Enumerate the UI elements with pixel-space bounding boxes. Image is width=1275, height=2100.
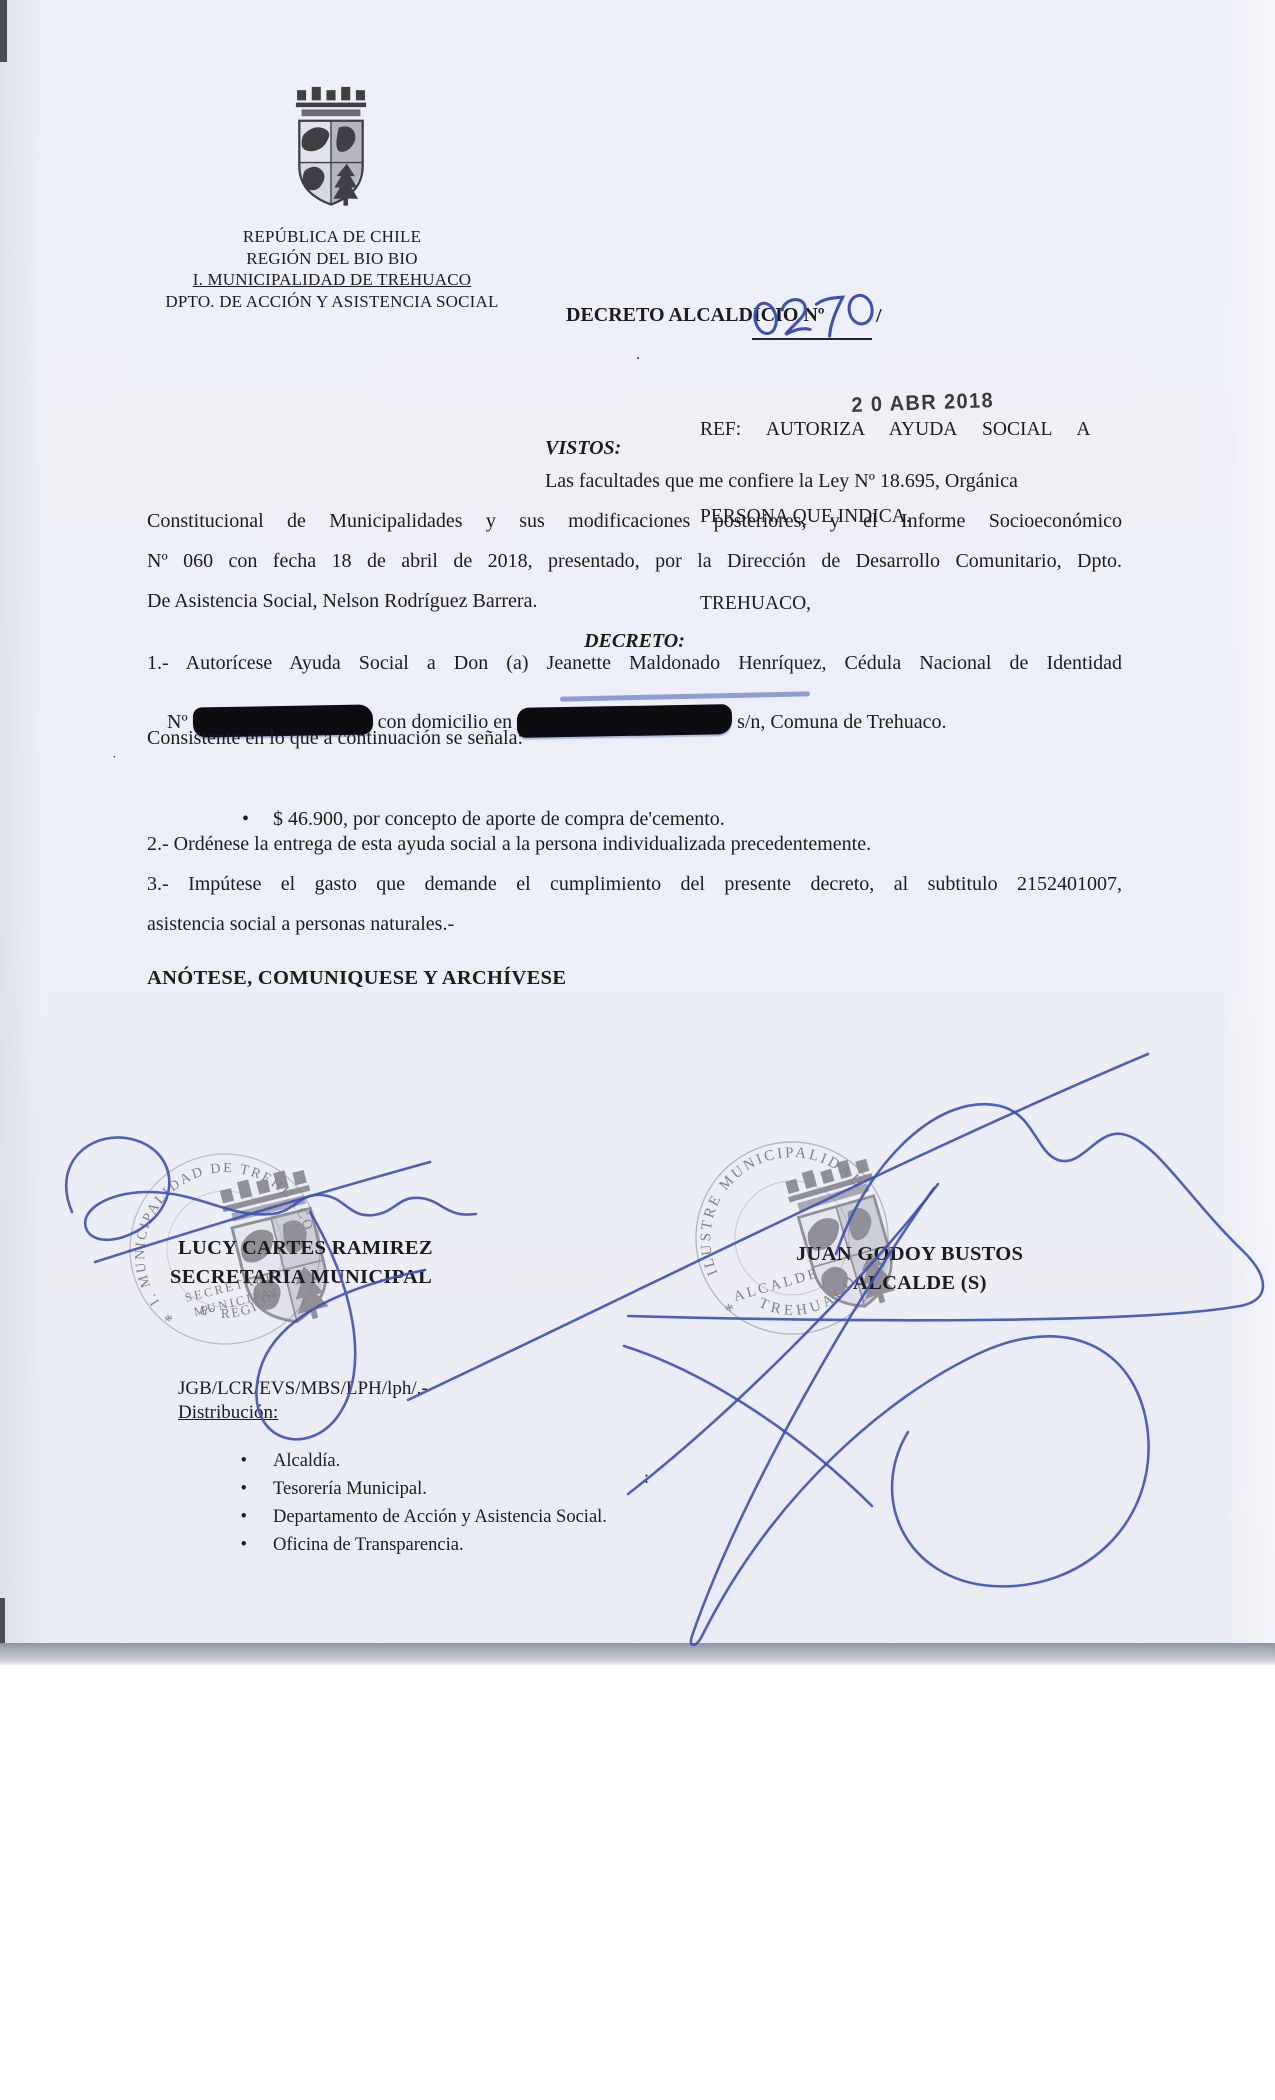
vistos-line-1: Las facultades que me confiere la Ley Nº… [545, 469, 1018, 494]
signature-stroke [624, 1346, 872, 1506]
consistente-line: Consistente en lo que a continuación se … [147, 726, 523, 751]
letterhead-country: REPÚBLICA DE CHILE [150, 226, 514, 248]
aid-amount-text: $ 46.900, por concepto de aporte de comp… [273, 808, 725, 830]
vistos-heading: VISTOS: [545, 436, 621, 461]
reference-line-3: TREHUACO, [700, 589, 1091, 618]
signature-stroke [628, 1104, 1263, 1320]
decreto-item1-line1: 1.- Autorícese Ayuda Social a Don (a) Je… [147, 651, 1122, 676]
letterhead-region: REGIÓN DEL BIO BIO [150, 248, 514, 270]
municipal-coat-of-arms [288, 78, 374, 220]
stray-dot-under-title: . [636, 345, 640, 365]
vistos-line-2: Constitucional de Municipalidades y sus … [147, 509, 1122, 534]
scanned-decree-document: REPÚBLICA DE CHILE REGIÓN DEL BIO BIO I.… [0, 0, 1275, 2100]
decreto-item3-line2: asistencia social a personas naturales.- [147, 912, 454, 937]
letterhead: REPÚBLICA DE CHILE REGIÓN DEL BIO BIO I.… [150, 226, 514, 312]
item1-suffix: s/n, Comuna de Trehuaco. [732, 711, 946, 733]
bullet-marker: • [242, 808, 249, 830]
ink-signatures [0, 1000, 1275, 1700]
decreto-item2: 2.- Ordénese la entrega de esta ayuda so… [147, 832, 871, 857]
reference-line-1: REF: AUTORIZA AYUDA SOCIAL A [700, 415, 1091, 444]
vistos-line-4: De Asistencia Social, Nelson Rodríguez B… [147, 589, 537, 614]
signature-stroke [256, 1212, 425, 1439]
redaction-address [517, 704, 732, 738]
letterhead-department: DPTO. DE ACCIÓN Y ASISTENCIA SOCIAL [150, 291, 514, 313]
handwritten-decree-number [752, 286, 876, 340]
signature-stroke [66, 1137, 476, 1239]
signature-stroke [408, 1054, 1148, 1400]
letterhead-municipality: I. MUNICIPALIDAD DE TREHUACO [150, 269, 514, 291]
stray-dot-left-margin: ˙ [112, 753, 117, 771]
decreto-item3-line1: 3.- Impútese el gasto que demande el cum… [147, 872, 1122, 897]
signature-stroke [628, 1184, 938, 1494]
date-received-stamp: 2 0 ABR 2018 [851, 389, 995, 418]
decree-title-slash: / [876, 304, 882, 329]
signature-stroke [691, 1188, 1149, 1645]
vistos-line-3: Nº 060 con fecha 18 de abril de 2018, pr… [147, 549, 1122, 574]
scanner-edge-top-left [0, 0, 7, 62]
closing-formula: ANÓTESE, COMUNIQUESE Y ARCHÍVESE [147, 966, 566, 992]
signature-stroke [95, 1162, 430, 1262]
